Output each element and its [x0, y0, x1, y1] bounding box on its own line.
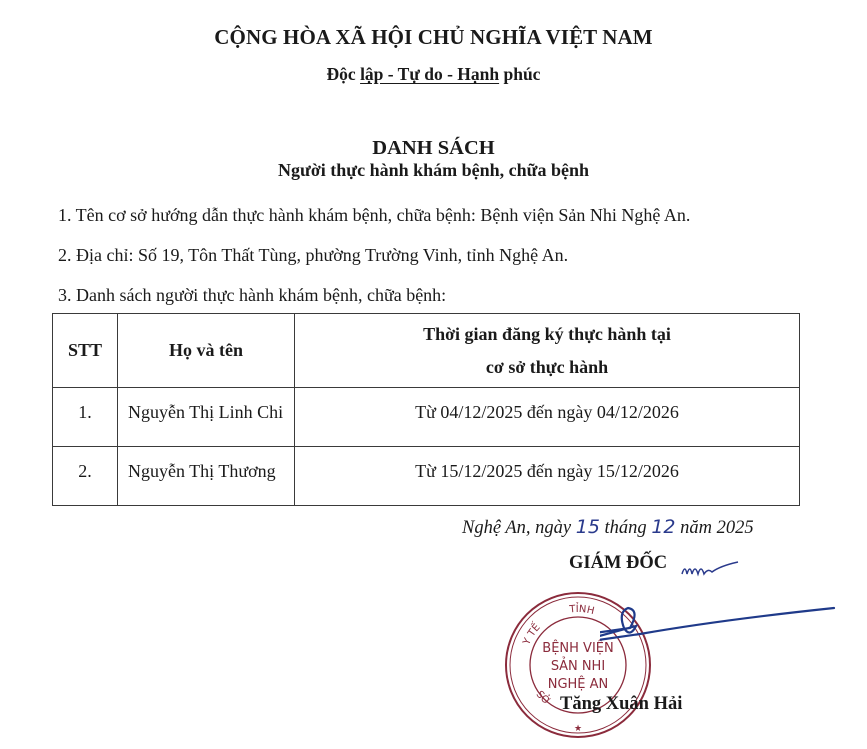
- name-value: Nguyễn Thị Thương: [128, 461, 276, 481]
- month-prefix: tháng: [600, 518, 651, 538]
- motto-underlined: lập - Tự do - Hạnh: [360, 64, 499, 84]
- signer-title: GIÁM ĐỐC: [569, 553, 667, 574]
- handwritten-month: 12: [651, 516, 675, 538]
- header-name: Họ và tên: [118, 314, 295, 388]
- table-row: 2. Nguyễn Thị Thương Từ 15/12/2025 đến n…: [53, 447, 800, 506]
- handwritten-signature-icon: [600, 590, 840, 650]
- cell-stt: 2.: [53, 447, 118, 506]
- cell-stt: 1.: [53, 388, 118, 447]
- document-subtitle: Người thực hành khám bệnh, chữa bệnh: [0, 160, 867, 181]
- time-value: Từ 04/12/2025 đến ngày 04/12/2026: [415, 402, 679, 422]
- stamp-arc-text-top: TỈNH: [568, 601, 595, 617]
- stamp-line: NGHỆ AN: [548, 676, 609, 692]
- motto-part: phúc: [499, 64, 540, 84]
- initial-signature-icon: [680, 556, 740, 580]
- header-stt: STT: [53, 314, 118, 388]
- signer-name: Tăng Xuân Hải: [560, 694, 682, 715]
- motto-part: Độc: [327, 64, 361, 84]
- cell-name: Nguyễn Thị Thương: [118, 447, 295, 506]
- national-title: CỘNG HÒA XÃ HỘI CHỦ NGHĨA VIỆT NAM: [0, 25, 867, 50]
- cell-name: Nguyễn Thị Linh Chi: [118, 388, 295, 447]
- table-header-row: STT Họ và tên Thời gian đăng ký thực hàn…: [53, 314, 800, 388]
- header-time-line1: Thời gian đăng ký thực hành tại: [295, 318, 799, 351]
- time-value: Từ 15/12/2025 đến ngày 15/12/2026: [415, 461, 679, 481]
- header-time: Thời gian đăng ký thực hành tạicơ sở thự…: [295, 314, 800, 388]
- document-title: DANH SÁCH: [0, 137, 867, 160]
- cell-time: Từ 15/12/2025 đến ngày 15/12/2026: [295, 447, 800, 506]
- star-icon: ★: [574, 723, 582, 733]
- cell-time: Từ 04/12/2025 đến ngày 04/12/2026: [295, 388, 800, 447]
- handwritten-day: 15: [576, 516, 600, 538]
- place-date: Nghệ An, ngày 15 tháng 12 năm 2025: [462, 516, 754, 539]
- address-line: 2. Địa chỉ: Số 19, Tôn Thất Tùng, phường…: [58, 245, 568, 266]
- list-intro-line: 3. Danh sách người thực hành khám bệnh, …: [58, 285, 446, 306]
- stt-value: 1.: [78, 402, 92, 422]
- name-value: Nguyễn Thị Linh Chi: [128, 402, 283, 422]
- facility-name-line: 1. Tên cơ sở hướng dẫn thực hành khám bệ…: [58, 205, 690, 226]
- header-time-line2: cơ sở thực hành: [295, 351, 799, 384]
- table-row: 1. Nguyễn Thị Linh Chi Từ 04/12/2025 đến…: [53, 388, 800, 447]
- year-part: năm 2025: [676, 518, 754, 538]
- stamp-line: SẢN NHI: [551, 657, 605, 674]
- national-motto: Độc lập - Tự do - Hạnh phúc: [0, 64, 867, 85]
- practitioner-table: STT Họ và tên Thời gian đăng ký thực hàn…: [52, 313, 800, 506]
- stt-value: 2.: [78, 461, 92, 481]
- place-prefix: Nghệ An, ngày: [462, 518, 576, 538]
